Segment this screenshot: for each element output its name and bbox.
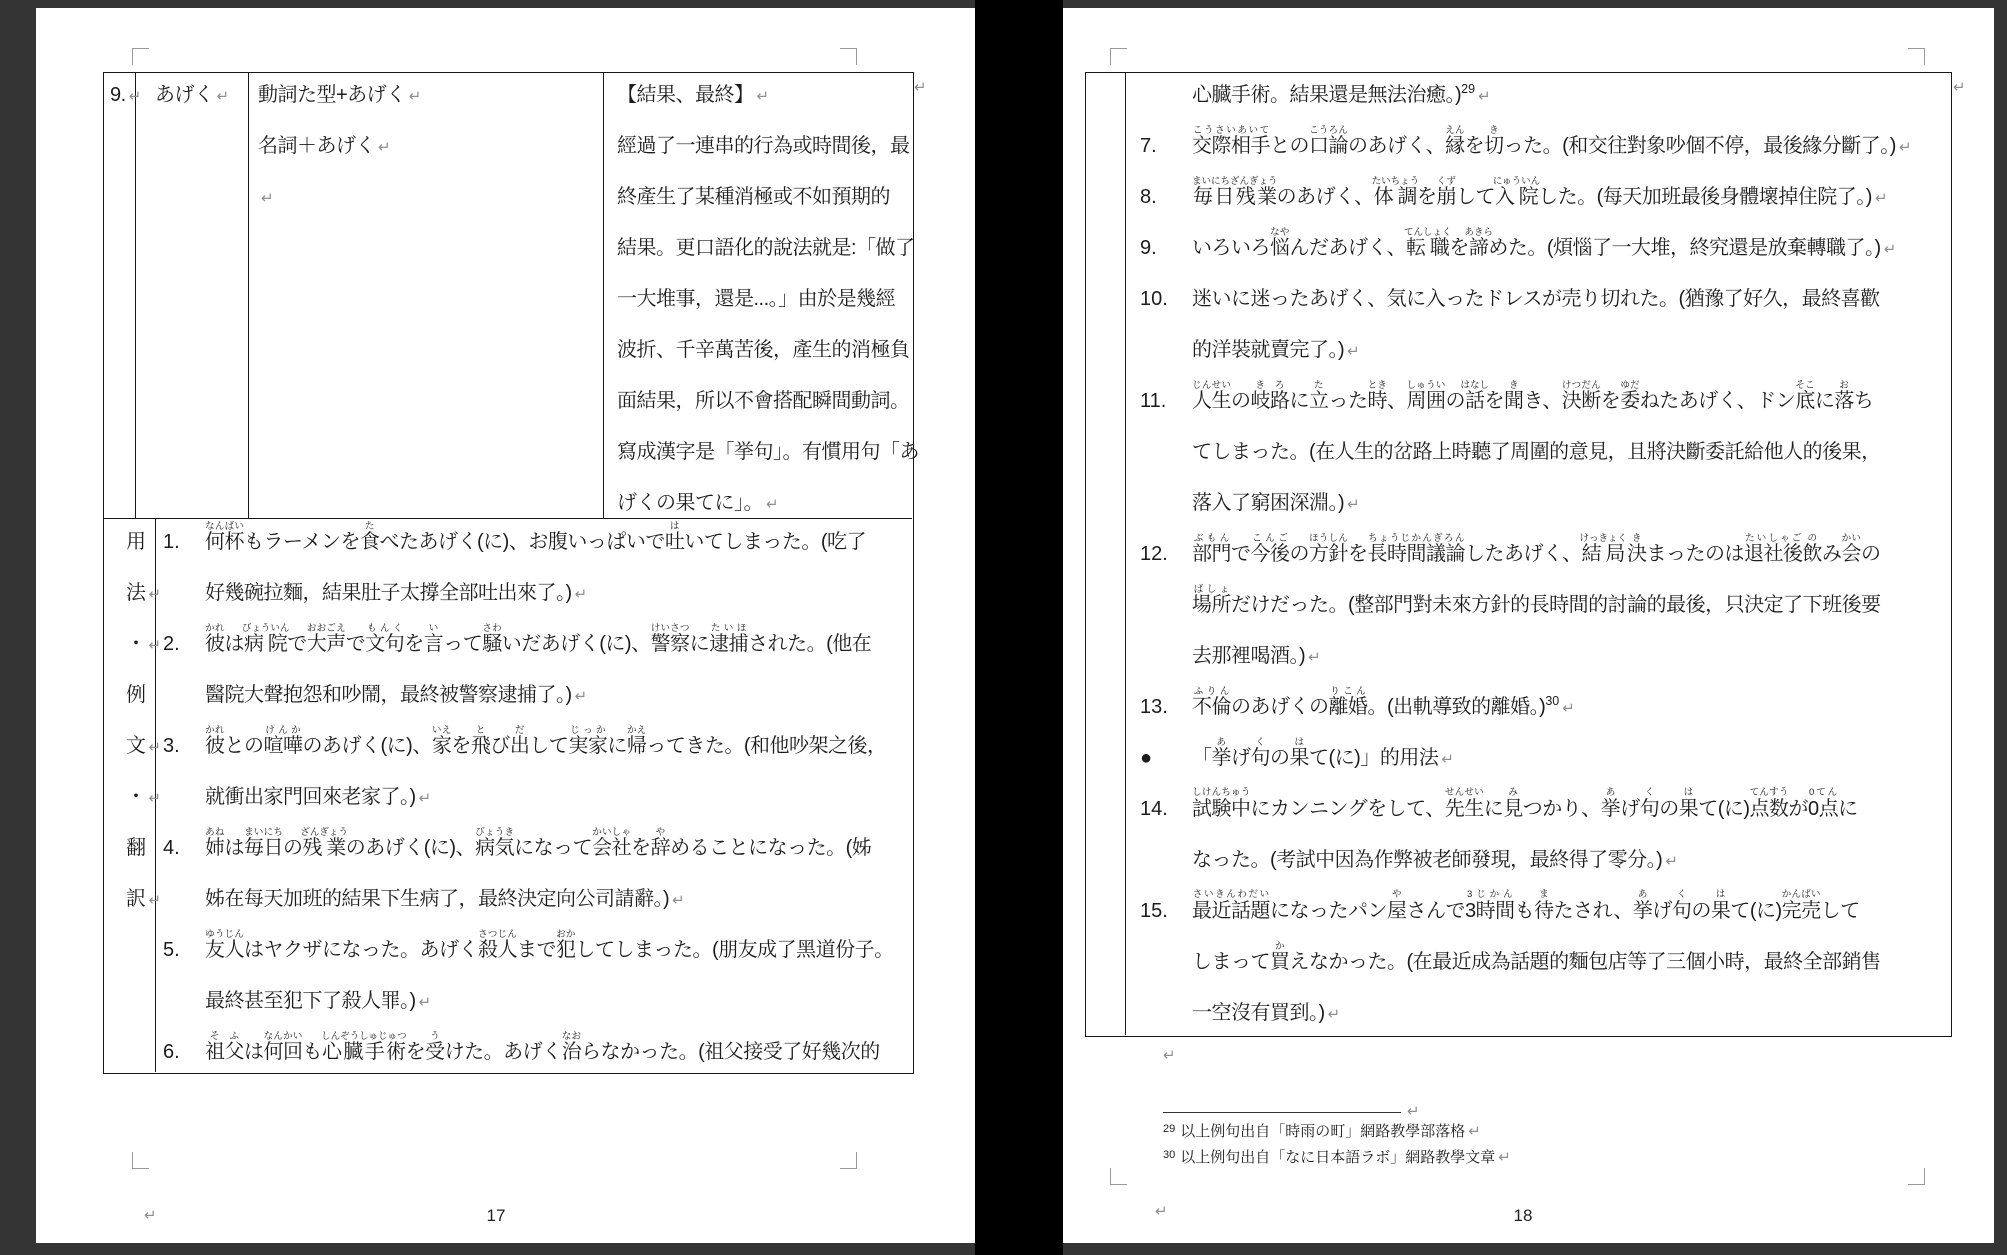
margin-corner-mark [1110, 1168, 1127, 1185]
table-column-divider [248, 72, 249, 518]
example-line: 最終甚至犯下了殺人罪。)↵ [205, 966, 431, 1018]
item-line: 心臓手術。結果還是無法治癒。)29↵ [1140, 60, 1491, 112]
item-line: しまって買かえなかった。(在最近成為話題的麵包店等了三個小時，最終全部銷售 [1192, 927, 1881, 979]
example-line: 4.姉あねは毎日まいにちの残業ざんぎょうのあげく(に)、病気びょうきになって会社… [163, 813, 871, 865]
example-line: 1.何杯なんばいもラーメンを食たべたあげく(に)、お腹いっぱいで吐はいてしまった… [163, 507, 866, 559]
margin-corner-mark [1908, 1168, 1925, 1185]
example-line: 5.友人ゆうじんはヤクザになった。あげく殺人さつじんまで犯おかしてしまった。(朋… [163, 915, 894, 967]
example-line: 好幾碗拉麵，結果肚子太撐全部吐出來了。)↵ [205, 558, 587, 610]
document-viewer: ↵ ↵ 17 9.↵あげく↵動詞た型+あげく↵名詞＋あげく↵↵【結果、最終】↵經… [0, 0, 2007, 1255]
form-line: 動詞た型+あげく↵ [258, 60, 421, 112]
margin-corner-mark [132, 1152, 149, 1169]
example-line: 6.祖父そふは何回なんかいも心臓手術しんぞうしゅじゅつを受うけた。あげく治なおら… [163, 1017, 880, 1069]
section-label-char: 翻 [126, 813, 146, 865]
item-line: 8.毎日残業まいにちざんぎょうのあげく、体調たいちょうを崩くずして入院にゅういん… [1140, 162, 1888, 214]
section-label-char: 用 [126, 507, 146, 559]
table-column-divider [1125, 72, 1126, 1035]
margin-corner-mark [840, 48, 857, 65]
example-line: 2.彼かれは病院びょういんで大声おおごえで文句もんくを言いって騒さわいだあげく(… [163, 609, 871, 661]
item-line: ●「挙あげ句くの果はて(に)」的用法↵ [1140, 723, 1454, 775]
paragraph-mark: ↵ [1155, 1202, 1168, 1220]
table-column-divider [135, 72, 136, 518]
meaning-line: 寫成漢字是「挙句」。有慣用句「あ [617, 417, 919, 469]
footnote-line: 29以上例句出自「時雨の町」網路教學部落格↵ [1163, 1120, 1481, 1141]
item-line: 15.最近話題さいきんわだいになったパン屋やさんで3時間3じかんも待またされ、挙… [1140, 876, 1860, 928]
footnote-separator [1163, 1112, 1401, 1113]
item-line: 11.人生じんせいの岐路きろに立たった時とき、周囲しゅういの話はなしを聞きき、決… [1140, 366, 1873, 418]
item-line: 去那裡喝酒。)↵ [1192, 621, 1321, 673]
item-line: 14.試験中しけんちゅうにカンニングをして、先生せんせいに見みつかり、挙あげ句く… [1140, 774, 1858, 826]
form-line: ↵ [258, 162, 274, 214]
item-line: 落入了窮困深淵。)↵ [1192, 468, 1360, 520]
meaning-line: 終產生了某種消極或不如預期的 [617, 162, 890, 214]
section-label-char: 文↵ [126, 711, 161, 763]
page-number: 17 [466, 1206, 526, 1226]
meaning-line: 經過了一連串的行為或時間後，最 [617, 111, 910, 163]
item-line: てしまった。(在人生的岔路上時聽了周圍的意見，且將決斷委託給他人的後果， [1192, 417, 1881, 469]
paragraph-mark: ↵ [1407, 1102, 1420, 1120]
grammar-term: あげく↵ [155, 60, 229, 112]
item-line: 7.交際相手こうさいあいてとの口論こうろんのあげく、縁えんを切きった。(和交往對… [1140, 111, 1912, 163]
page-18[interactable]: ↵ ↵ ↵ ↵ 18 心臓手術。結果還是無法治癒。)29↵7.交際相手こうさいあ… [1063, 8, 1994, 1243]
section-label-char: ・↵ [126, 609, 161, 661]
item-line: 10.迷いに迷ったあげく、気に入ったドレスが売り切れた。(猶豫了好久，最終喜歡 [1140, 264, 1880, 316]
meaning-line: 面結果，所以不會搭配瞬間動詞。 [617, 366, 910, 418]
example-line: 3.彼かれとの喧嘩けんかのあげく(に)、家いえを飛とび出だして実家じっかに帰かえ… [163, 711, 887, 763]
section-label-char: 例 [126, 660, 146, 712]
margin-corner-mark [840, 1152, 857, 1169]
footnote-line: 30以上例句出自「なに日本語ラボ」網路教學文章↵ [1163, 1146, 1511, 1167]
item-line: 一空沒有買到。)↵ [1192, 978, 1340, 1030]
meaning-line: 【結果、最終】↵ [617, 60, 769, 112]
example-line: 就衝出家門回來老家了。)↵ [205, 762, 431, 814]
row-end-mark: ↵ [1953, 78, 1966, 96]
grammar-index: 9.↵ [110, 60, 141, 112]
section-label-char: 訳↵ [126, 864, 161, 916]
item-line: 場所ばしょだけだった。(整部門對未來方針的長時間的討論的最後，只決定了下班後要 [1192, 570, 1881, 622]
page-gap [975, 0, 1063, 1255]
margin-corner-mark [1908, 48, 1925, 65]
section-label-char: 法↵ [126, 558, 161, 610]
row-end-mark: ↵ [914, 78, 927, 96]
section-label-char: ・↵ [126, 762, 161, 814]
item-line: 的洋裝就賣完了。)↵ [1192, 315, 1360, 367]
meaning-line: 結果。更口語化的說法就是:「做了 [617, 213, 915, 265]
table-column-divider [603, 72, 604, 518]
page-17[interactable]: ↵ ↵ 17 9.↵あげく↵動詞た型+あげく↵名詞＋あげく↵↵【結果、最終】↵經… [36, 8, 975, 1243]
form-line: 名詞＋あげく↵ [258, 111, 391, 163]
item-line: 12.部門ぶもんで今後こんごの方針ほうしんを長時間議論ちょうじかんぎろんしたあげ… [1140, 519, 1881, 571]
item-line: 9.いろいろ悩なやんだあげく、転職てんしょくを諦あきらめた。(煩惱了一大堆，終究… [1140, 213, 1896, 265]
paragraph-mark: ↵ [1163, 1046, 1176, 1064]
item-line: 13.不倫ふりんのあげくの離婚りこん。(出軌導致的離婚。)30↵ [1140, 672, 1575, 724]
item-line: なった。(考試中因為作弊被老師發現，最終得了零分。)↵ [1192, 825, 1678, 877]
page-number: 18 [1493, 1206, 1553, 1226]
meaning-line: 波折、千辛萬苦後，產生的消極負 [617, 315, 910, 367]
example-line: 醫院大聲抱怨和吵鬧，最終被警察逮捕了。)↵ [205, 660, 587, 712]
example-line: 姊在每天加班的結果下生病了，最終決定向公司請辭。)↵ [205, 864, 685, 916]
margin-corner-mark [1110, 48, 1127, 65]
paragraph-mark: ↵ [144, 1206, 157, 1224]
meaning-line: 一大堆事，還是...。」由於是幾經 [617, 264, 895, 316]
